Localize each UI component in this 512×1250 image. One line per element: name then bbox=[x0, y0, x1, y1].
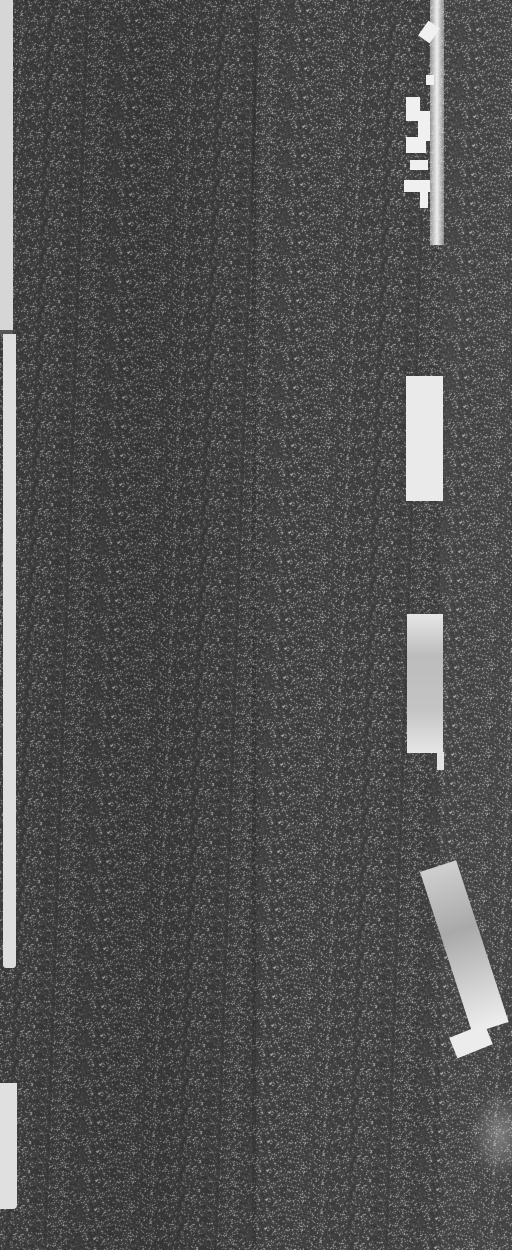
lane-dash-1 bbox=[406, 376, 443, 501]
left-edge-line-lower bbox=[0, 1083, 17, 1209]
left-edge-line-middle bbox=[3, 334, 16, 968]
road-surface bbox=[0, 0, 512, 1250]
left-edge-line-upper bbox=[0, 0, 13, 330]
painted-road-lettering bbox=[404, 15, 438, 210]
right-shoulder-shade bbox=[440, 0, 512, 1250]
left-lane-shade bbox=[0, 0, 260, 1250]
lane-dash-2-tail bbox=[437, 752, 444, 770]
lane-dash-2 bbox=[407, 614, 443, 753]
pavement-seam bbox=[252, 0, 256, 1250]
glare-spot bbox=[470, 1090, 512, 1180]
